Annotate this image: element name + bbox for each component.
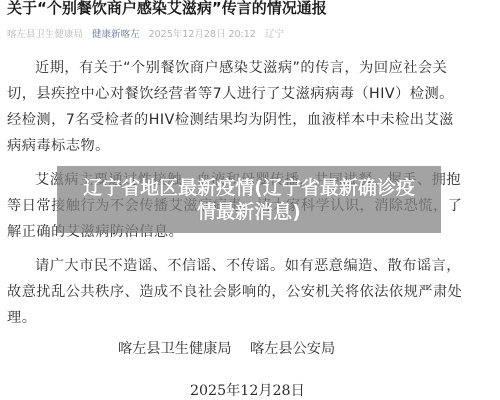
paragraph-text: 请广大市民不造谣、不信谣、不传谣。如有恶意编造、散布谣言，故意扰乱公共秩序、造成…: [7, 253, 467, 331]
article-paragraph-3: 请广大市民不造谣、不信谣、不传谣。如有恶意编造、散布谣言，故意扰乱公共秩序、造成…: [7, 253, 467, 331]
signatory-police-bureau: 喀左县公安局: [250, 341, 335, 357]
meta-region: 辽宁: [265, 29, 284, 40]
document-date: 2025年12月28日: [190, 380, 305, 400]
signatories: 喀左县卫生健康局 喀左县公安局: [118, 338, 349, 358]
overlay-caption: 辽宁省地区最新疫情(辽宁省最新确诊疫情最新消息): [79, 176, 419, 224]
meta-datetime: 2025年12月28日 20:12: [149, 29, 256, 40]
meta-author: 喀左县卫生健康局: [7, 29, 83, 40]
meta-source-link[interactable]: 健康新喀左: [92, 29, 140, 40]
article-paragraph-1: 近期，有关于“个别餐饮商户感染艾滋病”的传言，为回应社会关切，县疾控中心对餐饮经…: [7, 55, 467, 159]
article-title: 关于“个别餐饮商户感染艾滋病”传言的情况通报: [7, 0, 327, 18]
caption-overlay: 辽宁省地区最新疫情(辽宁省最新确诊疫情最新消息): [57, 166, 441, 233]
article-meta: 喀左县卫生健康局 健康新喀左 2025年12月28日 20:12 辽宁: [7, 26, 290, 40]
paragraph-text: 近期，有关于“个别餐饮商户感染艾滋病”的传言，为回应社会关切，县疾控中心对餐饮经…: [7, 55, 467, 159]
signatory-health-bureau: 喀左县卫生健康局: [118, 341, 232, 357]
